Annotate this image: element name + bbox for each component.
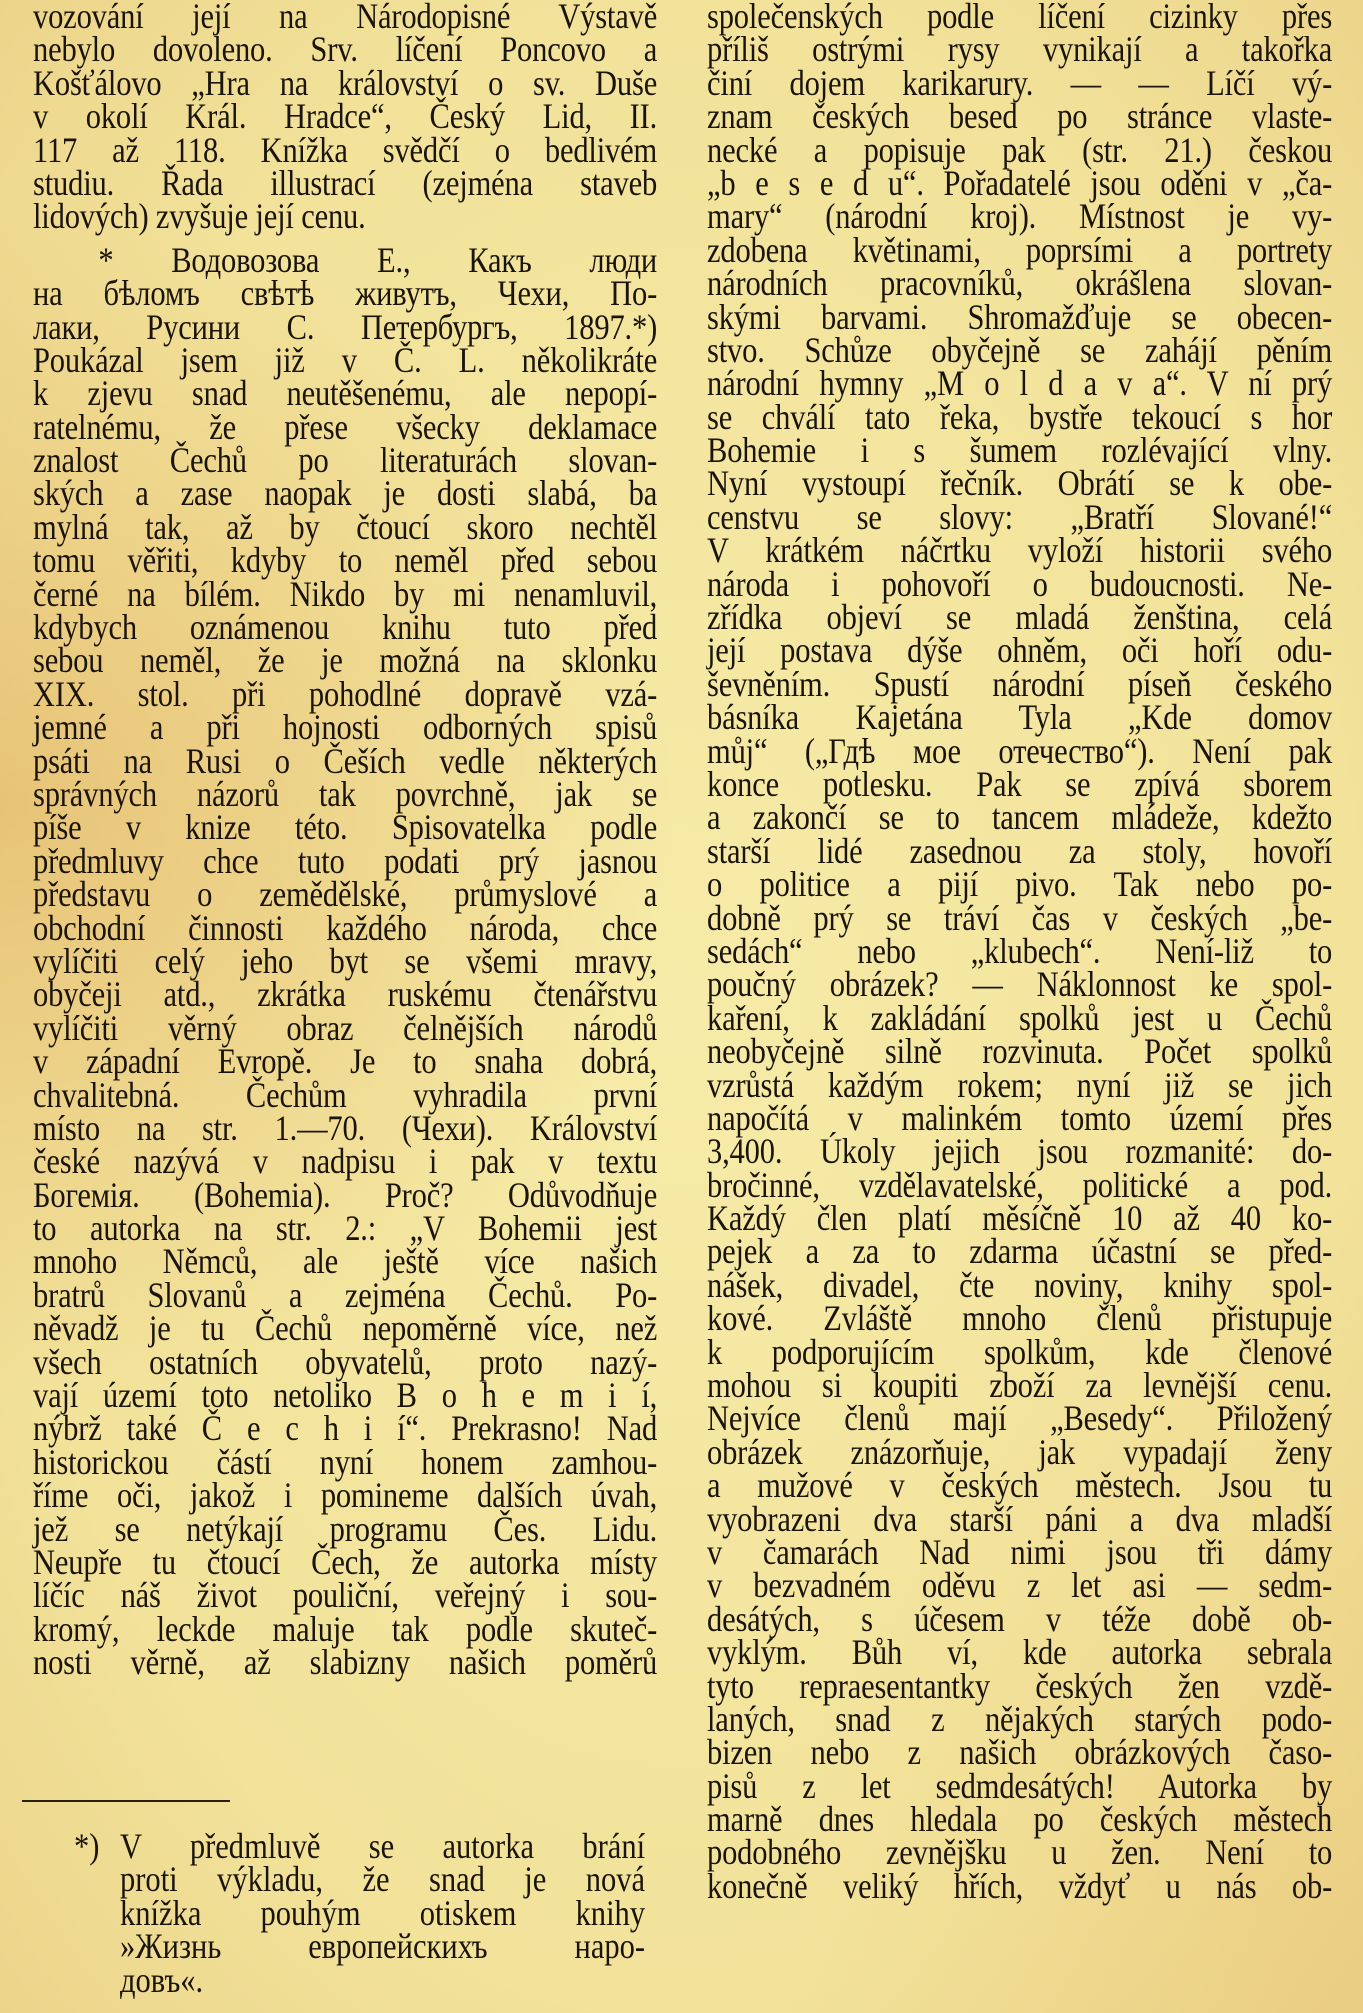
text-line: napočítá v malinkém tomto území přes	[707, 1102, 1332, 1135]
text-line: obrázek znázorňuje, jak vypadají ženy	[707, 1436, 1332, 1469]
text-line: nebylo dovoleno. Srv. líčení Poncovo a	[33, 33, 657, 66]
text-line: v západní Evropě. Je to snaha dobrá,	[33, 1045, 657, 1078]
footnote-line: knížka pouhým otiskem knihy	[120, 1897, 645, 1930]
text-line: ských a zase naopak je dosti slabá, ba	[33, 477, 657, 510]
text-line: mylná tak, až by čtoucí skoro nechtěl	[33, 511, 657, 544]
text-line: neobyčejně silně rozvinuta. Počet spolků	[707, 1035, 1332, 1068]
text-line: dobně prý se tráví čas v českých „be-	[707, 902, 1332, 935]
text-line: jež se netýkají programu Čes. Lidu.	[33, 1513, 657, 1546]
text-line: zdobena květinami, poprsími a portrety	[707, 234, 1332, 267]
text-line: píše v knize této. Spisovatelka podle	[33, 811, 657, 844]
text-line: mohou si koupiti zboží za levnější cenu.	[707, 1369, 1332, 1402]
text-line: bratrů Slovanů a zejména Čechů. Po-	[33, 1279, 657, 1312]
text-line: desátých, s účesem v téže době ob-	[707, 1603, 1332, 1636]
text-line: tyto repraesentantky českých žen vzdě-	[707, 1670, 1332, 1703]
text-line: vyklým. Bůh ví, kde autorka sebrala	[707, 1636, 1332, 1669]
text-line: sebou neměl, že je možná na sklonku	[33, 644, 657, 677]
text-line: historickou částí nyní honem zamhou-	[33, 1446, 657, 1479]
text-line: stvo. Schůze obyčejně se zahájí pěním	[707, 334, 1332, 367]
text-line: příliš ostrými rysy vynikají a takořka	[707, 33, 1332, 66]
text-line: nášek, divadel, čte noviny, knihy spol-	[707, 1269, 1332, 1302]
text-line: Neupře tu čtoucí Čech, že autorka místy	[33, 1546, 657, 1579]
text-line: V krátkém náčrtku vyloží historii svého	[707, 534, 1332, 567]
text-line: Každý člen platí měsíčně 10 až 40 ko-	[707, 1202, 1332, 1235]
text-line: národa i pohovoří o budoucnosti. Ne-	[707, 568, 1332, 601]
paragraph-vodovozova-review: * Водовозова Е., Какъ люди на бѣломъ свѣ…	[33, 244, 657, 1747]
text-line: kdybych oznámenou knihu tuto před	[33, 611, 657, 644]
text-line: a zakončí se to tancem mládeže, kdežto	[707, 801, 1332, 834]
text-line: správných názorů tak povrchně, jak se	[33, 778, 657, 811]
text-line: bizen nebo z našich obrázkových časo-	[707, 1736, 1332, 1769]
text-line: laných, snad z nějakých starých podo-	[707, 1703, 1332, 1736]
text-line: „b e s e d u“. Pořadatelé jsou oděni v „…	[707, 167, 1332, 200]
footnote-line: V předmluvě se autorka brání	[120, 1830, 645, 1863]
text-line: podobného zevnějšku u žen. Není to	[707, 1836, 1332, 1869]
text-line	[33, 1713, 657, 1746]
text-line: zřídka objeví se mladá ženština, celá	[707, 601, 1332, 634]
text-line: tomu věřiti, kdyby to neměl před sebou	[33, 544, 657, 577]
text-line: 3,400. Úkoly jejich jsou rozmanité: do-	[707, 1135, 1332, 1168]
text-line: bročinné, vzdělavatelské, politické a po…	[707, 1169, 1332, 1202]
text-line: jemné a při hojnosti odborných spisů	[33, 711, 657, 744]
text-line: představu o zemědělské, průmyslové a	[33, 878, 657, 911]
text-line: k zjevu snad neutěšenému, ale nepopí-	[33, 377, 657, 410]
left-column: vozování její na Národopisné Výstavě neb…	[33, 0, 657, 1746]
footnote-body: V předmluvě se autorka brání proti výkla…	[120, 1830, 645, 1997]
text-line: obyčeji atd., zkrátka ruskému čtenářstvu	[33, 978, 657, 1011]
text-line: k podporujícím spolkům, kde členové	[707, 1336, 1332, 1369]
text-line: nosti věrně, až slabizny našich poměrů	[33, 1646, 657, 1679]
text-line: mary“ (národní kroj). Místnost je vy-	[707, 200, 1332, 233]
text-line: konečně veliký hřích, vždyť u nás ob-	[707, 1870, 1332, 1903]
text-line: české nazývá v nadpisu i pak v textu	[33, 1145, 657, 1178]
text-line: lidových) zvyšuje její cenu.	[33, 200, 657, 233]
text-line: psáti na Rusi o Češích vedle některých	[33, 745, 657, 778]
text-line: kové. Zvláště mnoho členů přistupuje	[707, 1302, 1332, 1335]
text-line: v čamarách Nad nimi jsou tři dámy	[707, 1536, 1332, 1569]
text-line: černé na bílém. Nikdo by mi nenamluvil,	[33, 578, 657, 611]
text-line: o politice a pijí pivo. Tak nebo po-	[707, 868, 1332, 901]
text-line: studiu. Řada illustrací (zejména staveb	[33, 167, 657, 200]
text-line: chvalitebná. Čechům vyhradila první	[33, 1079, 657, 1112]
text-line: místo na str. 1.—70. (Чехи). Království	[33, 1112, 657, 1145]
text-line: v okolí Král. Hradce“, Český Lid, II.	[33, 100, 657, 133]
text-line	[33, 1680, 657, 1713]
text-line: můj“ („Гдѣ мое отечество“). Není pak	[707, 735, 1332, 768]
text-line: kaření, k zakládání spolků jest u Čechů	[707, 1002, 1332, 1035]
scanned-page: vozování její na Národopisné Výstavě neb…	[0, 0, 1363, 2013]
text-line: pejek a za to zdarma účastní se před-	[707, 1235, 1332, 1268]
text-line: znalost Čechů po literaturách slovan-	[33, 444, 657, 477]
text-line: censtvu se slovy: „Bratří Slované!“	[707, 501, 1332, 534]
footnote-line: proti výkladu, že snad je nová	[120, 1863, 645, 1896]
text-line: skými barvami. Shromažďuje se obecen-	[707, 301, 1332, 334]
text-line: všech ostatních obyvatelů, proto nazý-	[33, 1346, 657, 1379]
text-line: činí dojem karikarury. — — Líčí vý-	[707, 67, 1332, 100]
text-line: předmluvy chce tuto podati prý jasnou	[33, 845, 657, 878]
text-line: Poukázal jsem již v Č. L. několikráte	[33, 344, 657, 377]
text-line: obchodní činnosti každého národa, chce	[33, 912, 657, 945]
text-line: Nyní vystoupí řečník. Obrátí se k obe-	[707, 467, 1332, 500]
text-line: její postava dýše ohněm, oči hoří odu-	[707, 634, 1332, 667]
text-line: XIX. stol. při pohodlné dopravě vzá-	[33, 678, 657, 711]
text-line: starší lidé zasednou za stoly, hovoří	[707, 835, 1332, 868]
text-line: vzrůstá každým rokem; nyní již se jich	[707, 1069, 1332, 1102]
text-line: mnoho Němců, ale ještě více našich	[33, 1245, 657, 1278]
right-column: společenských podle líčení cizinky přesp…	[707, 0, 1332, 1903]
text-line: básníka Kajetána Tyla „Kde domov	[707, 701, 1332, 734]
text-line: a mužové v českých městech. Jsou tu	[707, 1469, 1332, 1502]
footnote-line: довъ«.	[120, 1964, 645, 1997]
footnote-line: »Жизнь европейскихъ наро-	[120, 1930, 645, 1963]
text-line: vozování její na Národopisné Výstavě	[33, 0, 657, 33]
text-line: ševněním. Spustí národní píseň českého	[707, 668, 1332, 701]
footnote-divider	[22, 1800, 230, 1802]
text-line: poučný obrázek? — Náklonnost ke spol-	[707, 968, 1332, 1001]
text-line: znam českých besed po stránce vlaste-	[707, 100, 1332, 133]
text-line: pisů z let sedmdesátých! Autorka by	[707, 1770, 1332, 1803]
footnote: *) V předmluvě se autorka brání proti vý…	[80, 1830, 645, 1997]
text-line: vyobrazeni dva starší páni a dva mladší	[707, 1503, 1332, 1536]
text-line: konce potlesku. Pak se zpívá sborem	[707, 768, 1332, 801]
text-line: vylíčiti celý jeho byt se všemi mravy,	[33, 945, 657, 978]
text-line: se chválí tato řeka, bystře tekoucí s ho…	[707, 401, 1332, 434]
text-line: nýbrž také Č e c h i í“. Prekrasno! Nad	[33, 1412, 657, 1445]
text-line: kromý, leckde maluje tak podle skuteč-	[33, 1613, 657, 1646]
text-line: Nejvíce členů mají „Besedy“. Přiložený	[707, 1402, 1332, 1435]
text-line: Bohemie i s šumem rozlévající vlny.	[707, 434, 1332, 467]
text-line: на бѣломъ свѣтѣ живутъ, Чехи, По-	[33, 277, 657, 310]
text-line: líčíc náš život pouliční, veřejný i sou-	[33, 1579, 657, 1612]
text-line: лаки, Русини С. Петербургъ, 1897.*)	[33, 311, 657, 344]
text-line: 117 až 118. Knížka svědčí o bedlivém	[33, 134, 657, 167]
text-line: něvadž je tu Čechů nepoměrně více, než	[33, 1312, 657, 1345]
text-line: v bezvadném oděvu z let asi — sedm-	[707, 1569, 1332, 1602]
text-line: ratelnému, že přese všecky deklamace	[33, 411, 657, 444]
text-line: společenských podle líčení cizinky přes	[707, 0, 1332, 33]
text-line: národní hymny „M o l d a v a“. V ní prý	[707, 367, 1332, 400]
text-line: necké a popisuje pak (str. 21.) českou	[707, 134, 1332, 167]
text-line: sedách“ nebo „klubech“. Není-liž to	[707, 935, 1332, 968]
text-line: vylíčiti věrný obraz čelnějších národů	[33, 1012, 657, 1045]
text-line: vají území toto netoliko B o h e m i í,	[33, 1379, 657, 1412]
text-line: Košťálovo „Hra na království o sv. Duše	[33, 67, 657, 100]
review-heading-line: * Водовозова Е., Какъ люди	[33, 244, 657, 277]
text-line: národních pracovníků, okrášlena slovan-	[707, 267, 1332, 300]
text-line: to autorka na str. 2.: „V Bohemii jest	[33, 1212, 657, 1245]
footnote-mark: *)	[74, 1830, 99, 1863]
paragraph-review-end: vozování její na Národopisné Výstavě neb…	[33, 0, 657, 234]
text-line: Богемія. (Bohemia). Proč? Odůvodňuje	[33, 1179, 657, 1212]
text-line: říme oči, jakož i pominеme dalších úvah,	[33, 1479, 657, 1512]
text-line: marně dnes hledala po českých městech	[707, 1803, 1332, 1836]
